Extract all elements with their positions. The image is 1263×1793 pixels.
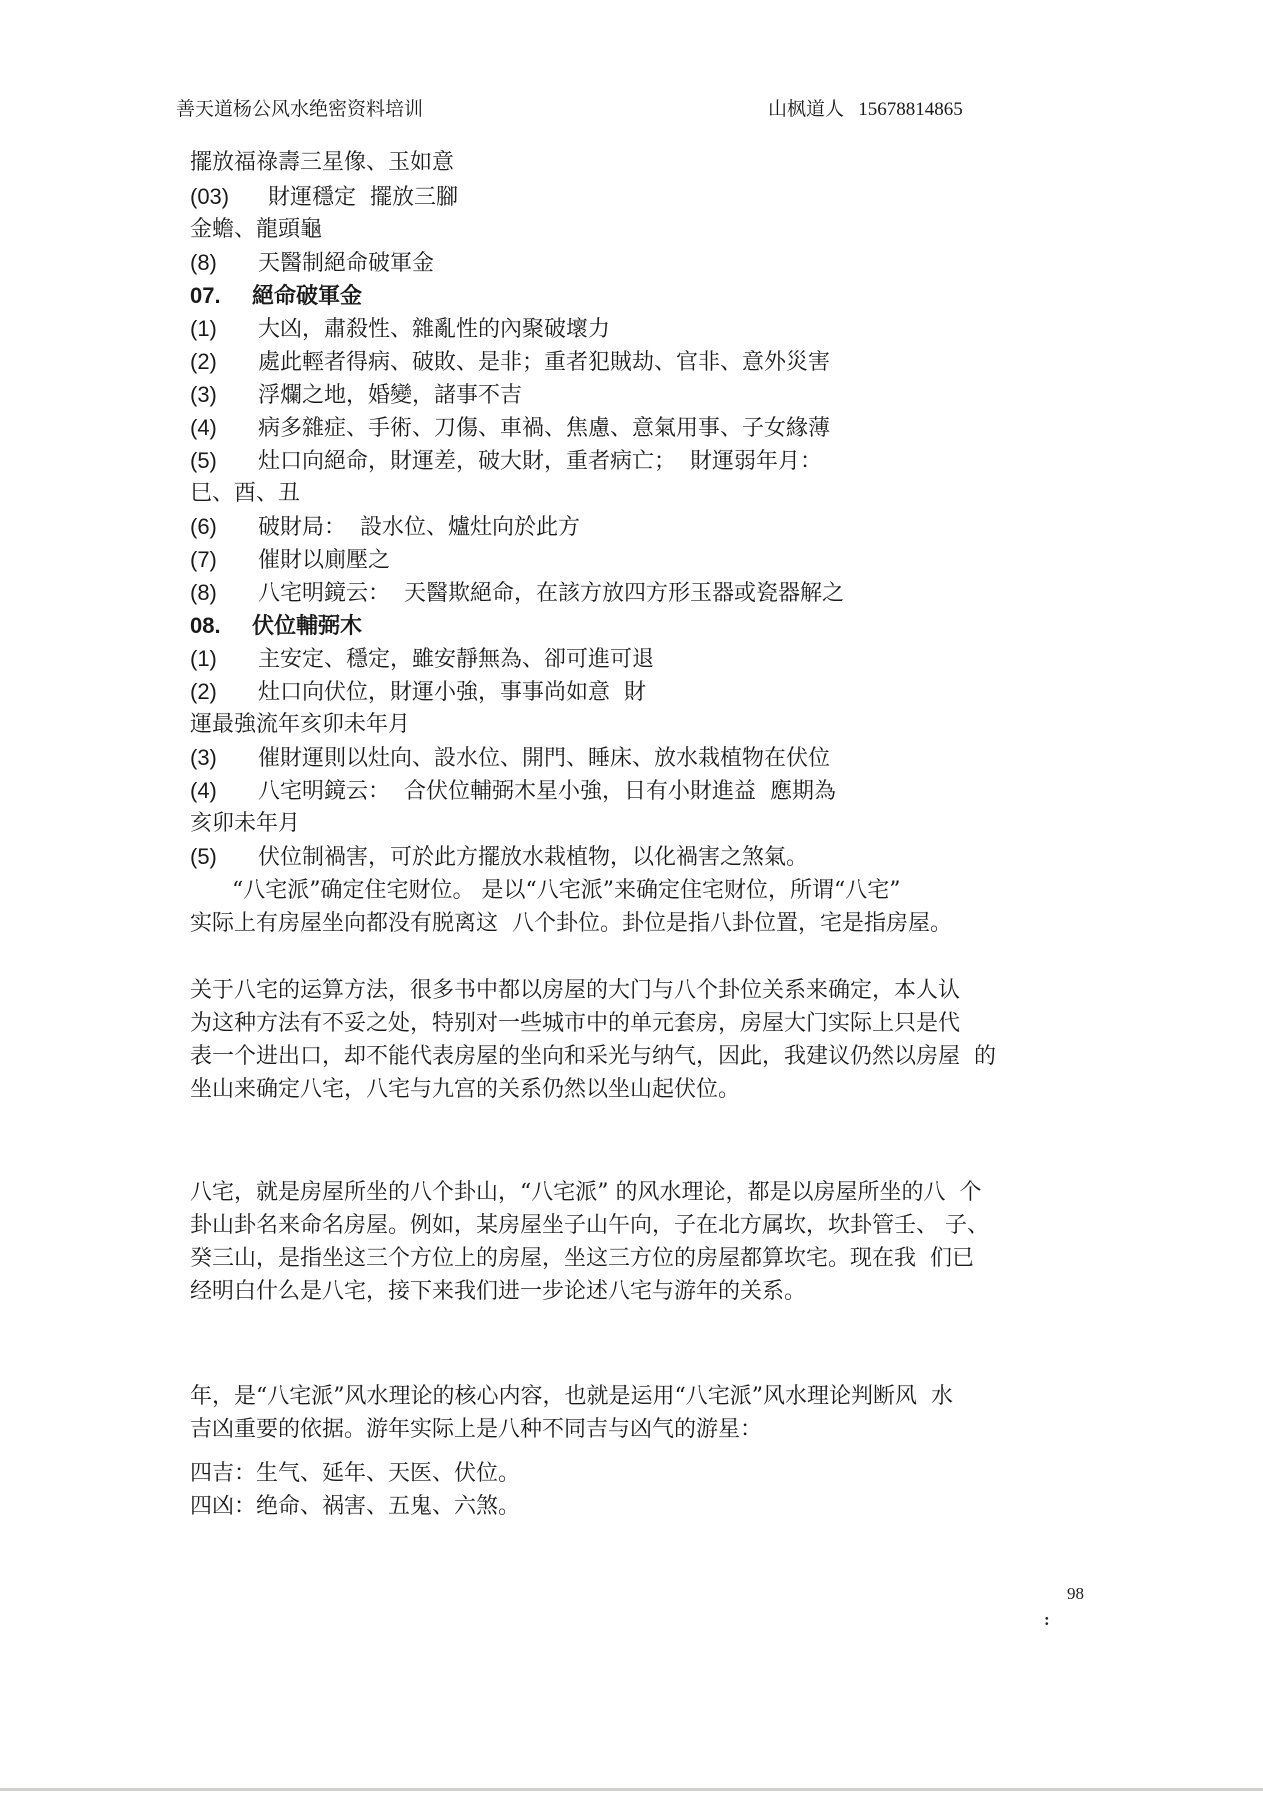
item-text: 催財以廁壓之 — [258, 548, 390, 573]
item-number: (1) — [190, 314, 258, 344]
list-item: (8)八宅明鏡云： 天醫欺絕命，在該方放四方形玉器或瓷器解之 — [190, 578, 844, 608]
section-heading: 08.伏位輔弼木 — [190, 611, 362, 641]
item-number: (3) — [190, 743, 258, 773]
paragraph-line: 八宅，就是房屋所坐的八个卦山，“八宅派” 的风水理论，都是以房屋所坐的八 个 — [190, 1176, 1090, 1209]
item-text: 八宅明鏡云： 合伏位輔弼木星小強，日有小財進益 應期為 — [258, 779, 836, 804]
list-item: (03)財運穩定 擺放三腳 — [190, 182, 458, 212]
item-text: 八宅明鏡云： 天醫欺絕命，在該方放四方形玉器或瓷器解之 — [258, 581, 844, 606]
paragraph-line: 四凶：绝命、祸害、五鬼、六煞。 — [190, 1490, 1090, 1523]
paragraph-calculation-method: 关于八宅的运算方法，很多书中都以房屋的大门与八个卦位关系来确定，本人认 为这种方… — [190, 974, 1090, 1106]
item-number: (2) — [190, 347, 258, 377]
section-number: 08. — [190, 611, 252, 641]
section-number: 07. — [190, 281, 252, 311]
item-text: 催財運則以灶向、設水位、開門、睡床、放水栽植物在伏位 — [258, 746, 830, 771]
list-line: 巳、酉、丑 — [190, 479, 300, 509]
line-text: 金蟾、龍頭龜 — [190, 217, 322, 242]
section-heading: 07.絕命破軍金 — [190, 281, 362, 311]
paragraph-line: 实际上有房屋坐向都没有脱离这 八个卦位。卦位是指八卦位置，宅是指房屋。 — [190, 907, 1090, 940]
footer-mark: : — [1044, 1610, 1050, 1630]
item-number: (5) — [190, 842, 258, 872]
document-title: 善天道杨公风水绝密资料培训 — [176, 94, 423, 121]
line-text: 擺放福祿壽三星像、玉如意 — [190, 150, 454, 175]
item-number: (5) — [190, 446, 258, 476]
item-text: 破財局： 設水位、爐灶向於此方 — [258, 515, 580, 540]
list-line: 金蟾、龍頭龜 — [190, 215, 322, 245]
list-item: (4)病多雜症、手術、刀傷、車禍、焦慮、意氣用事、子女緣薄 — [190, 413, 830, 443]
paragraph-bazhai-wealth: “八宅派”确定住宅财位。 是以“八宅派”来确定住宅财位，所谓“八宅” 实际上有房… — [190, 874, 1090, 940]
line-text: 巳、酉、丑 — [190, 481, 300, 506]
item-text: 灶口向伏位，財運小強，事事尚如意 財 — [258, 680, 646, 705]
item-number: (6) — [190, 512, 258, 542]
page-bottom-divider — [0, 1788, 1263, 1791]
paragraph-four-auspicious-inauspicious: 四吉：生气、延年、天医、伏位。 四凶：绝命、祸害、五鬼、六煞。 — [190, 1457, 1090, 1523]
paragraph-line: 四吉：生气、延年、天医、伏位。 — [190, 1457, 1090, 1490]
paragraph-line: 表一个进出口，却不能代表房屋的坐向和采光与纳气，因此，我建议仍然以房屋 的 — [190, 1040, 1090, 1073]
list-item: (3)催財運則以灶向、設水位、開門、睡床、放水栽植物在伏位 — [190, 743, 830, 773]
item-number: (8) — [190, 248, 258, 278]
paragraph-line: 年，是“八宅派”风水理论的核心内容，也就是运用“八宅派”风水理论判断风 水 — [190, 1380, 1090, 1413]
item-number: (2) — [190, 677, 258, 707]
paragraph-line: 关于八宅的运算方法，很多书中都以房屋的大门与八个卦位关系来确定，本人认 — [190, 974, 1090, 1007]
line-text: 運最強流年亥卯未年月 — [190, 712, 410, 737]
list-item: (7)催財以廁壓之 — [190, 545, 390, 575]
item-text: 處此輕者得病、破敗、是非；重者犯賊劫、官非、意外災害 — [258, 350, 830, 375]
paragraph-line: 坐山来确定八宅，八宅与九宫的关系仍然以坐山起伏位。 — [190, 1073, 1090, 1106]
line-text: 亥卯未年月 — [190, 811, 300, 836]
item-number: (7) — [190, 545, 258, 575]
item-number: (4) — [190, 413, 258, 443]
paragraph-line: 吉凶重要的依据。游年实际上是八种不同吉与凶气的游星： — [190, 1413, 1090, 1446]
item-number: (8) — [190, 578, 258, 608]
section-title: 伏位輔弼木 — [252, 614, 362, 639]
item-text: 大凶，肅殺性、雜亂性的內聚破壞力 — [258, 317, 610, 342]
paragraph-youyear: 年，是“八宅派”风水理论的核心内容，也就是运用“八宅派”风水理论判断风 水 吉凶… — [190, 1380, 1090, 1446]
item-text: 伏位制禍害，可於此方擺放水栽植物，以化禍害之煞氣。 — [258, 845, 808, 870]
author-contact: 山枫道人 15678814865 — [768, 94, 963, 121]
item-text: 浮爛之地，婚變，諸事不吉 — [258, 383, 522, 408]
section-title: 絕命破軍金 — [252, 284, 362, 309]
item-number: (03) — [190, 182, 268, 212]
list-item: (5)伏位制禍害，可於此方擺放水栽植物，以化禍害之煞氣。 — [190, 842, 808, 872]
paragraph-line: 癸三山，是指坐这三个方位上的房屋，坐这三方位的房屋都算坎宅。现在我 们已 — [190, 1242, 1090, 1275]
list-item: (4)八宅明鏡云： 合伏位輔弼木星小強，日有小財進益 應期為 — [190, 776, 836, 806]
item-text: 灶口向絕命，財運差，破大財，重者病亡； 財運弱年月： — [258, 449, 822, 474]
item-text: 主安定、穩定，雖安靜無為、卻可進可退 — [258, 647, 654, 672]
list-line: 運最強流年亥卯未年月 — [190, 710, 410, 740]
page-number: 98 — [1067, 1584, 1084, 1604]
item-text: 天醫制絕命破軍金 — [258, 251, 434, 276]
item-number: (3) — [190, 380, 258, 410]
item-text: 病多雜症、手術、刀傷、車禍、焦慮、意氣用事、子女緣薄 — [258, 416, 830, 441]
list-item: (6)破財局： 設水位、爐灶向於此方 — [190, 512, 580, 542]
list-item: (2)處此輕者得病、破敗、是非；重者犯賊劫、官非、意外災害 — [190, 347, 830, 377]
list-item: (1)大凶，肅殺性、雜亂性的內聚破壞力 — [190, 314, 610, 344]
page-header: 善天道杨公风水绝密资料培训 山枫道人 15678814865 — [176, 94, 1006, 124]
paragraph-line: 卦山卦名来命名房屋。例如，某房屋坐子山午向，子在北方属坎，坎卦管壬、 子、 — [190, 1209, 1090, 1242]
list-line: 亥卯未年月 — [190, 809, 300, 839]
list-item: (2)灶口向伏位，財運小強，事事尚如意 財 — [190, 677, 646, 707]
list-line: 擺放福祿壽三星像、玉如意 — [190, 148, 454, 178]
paragraph-line: 经明白什么是八宅，接下来我们进一步论述八宅与游年的关系。 — [190, 1275, 1090, 1308]
paragraph-line: “八宅派”确定住宅财位。 是以“八宅派”来确定住宅财位，所谓“八宅” — [190, 874, 1090, 907]
list-item: (3)浮爛之地，婚變，諸事不吉 — [190, 380, 522, 410]
item-number: (4) — [190, 776, 258, 806]
list-item: (8)天醫制絕命破軍金 — [190, 248, 434, 278]
item-number: (1) — [190, 644, 258, 674]
paragraph-line: 为这种方法有不妥之处，特别对一些城市中的单元套房，房屋大门实际上只是代 — [190, 1007, 1090, 1040]
item-text: 財運穩定 擺放三腳 — [268, 185, 458, 210]
paragraph-bazhai-definition: 八宅，就是房屋所坐的八个卦山，“八宅派” 的风水理论，都是以房屋所坐的八 个 卦… — [190, 1176, 1090, 1308]
list-item: (1)主安定、穩定，雖安靜無為、卻可進可退 — [190, 644, 654, 674]
list-item: (5)灶口向絕命，財運差，破大財，重者病亡； 財運弱年月： — [190, 446, 822, 476]
